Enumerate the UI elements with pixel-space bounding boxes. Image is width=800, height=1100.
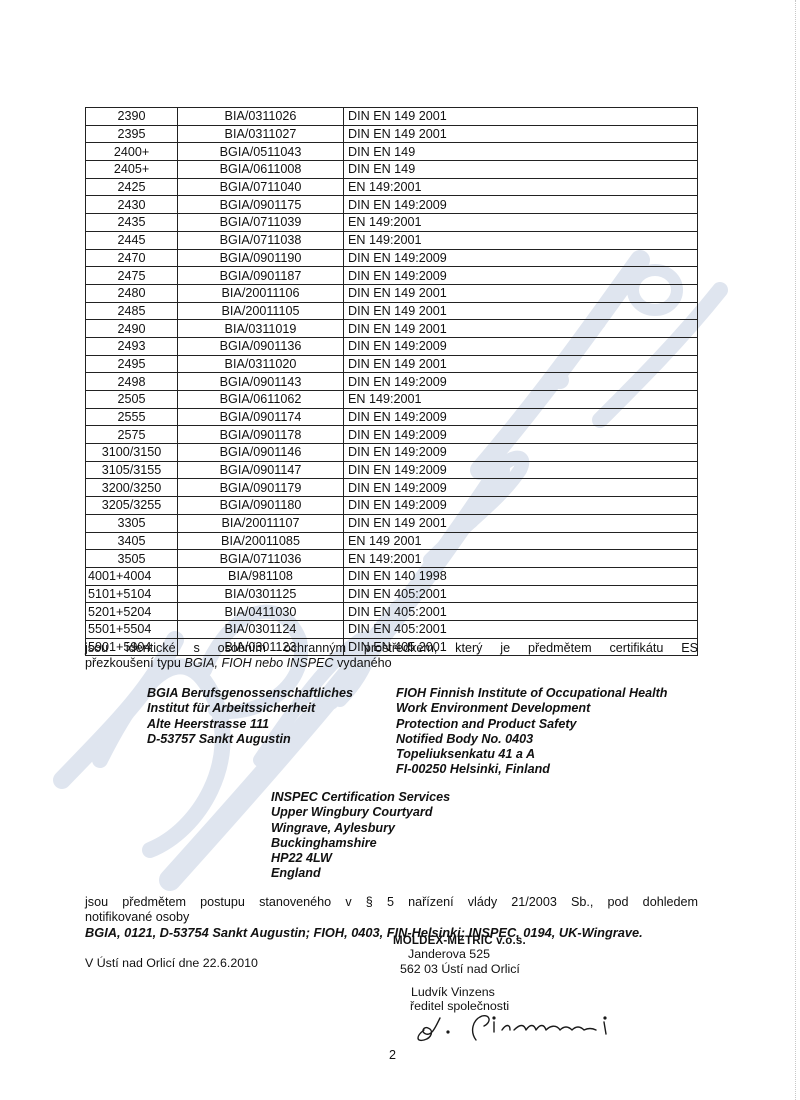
notified-bodies: BGIA, 0121, D-53754 Sankt Augustin; FIOH… <box>85 925 698 940</box>
table-row: 4001+4004BIA/981108DIN EN 140 1998 <box>86 567 698 585</box>
certificate-cell: BGIA/0901187 <box>178 267 344 285</box>
table-row: 2435BGIA/0711039EN 149:2001 <box>86 214 698 232</box>
address-bgia: BGIA Berufsgenossenschaftliches Institut… <box>147 686 353 747</box>
certificate-cell: BIA/0311020 <box>178 355 344 373</box>
model-cell: 2495 <box>86 355 178 373</box>
model-cell: 5501+5504 <box>86 620 178 638</box>
model-cell: 2575 <box>86 426 178 444</box>
standard-cell: EN 149:2001 <box>344 391 698 409</box>
model-cell: 5101+5104 <box>86 585 178 603</box>
standard-cell: EN 149:2001 <box>344 178 698 196</box>
model-cell: 2400+ <box>86 143 178 161</box>
table-row: 3100/3150BGIA/0901146DIN EN 149:2009 <box>86 444 698 462</box>
address-line: FIOH Finnish Institute of Occupational H… <box>396 686 667 701</box>
model-cell: 2485 <box>86 302 178 320</box>
table-row: 2445BGIA/0711038EN 149:2001 <box>86 231 698 249</box>
certificate-cell: BIA/0311026 <box>178 108 344 126</box>
intro-paragraph-line1: jsou identické s osobním ochranným prost… <box>85 641 698 656</box>
standard-cell: DIN EN 149:2009 <box>344 408 698 426</box>
table-row: 2425BGIA/0711040EN 149:2001 <box>86 178 698 196</box>
standard-cell: DIN EN 149:2009 <box>344 337 698 355</box>
standard-cell: DIN EN 149 2001 <box>344 108 698 126</box>
standard-cell: EN 149 2001 <box>344 532 698 550</box>
page-number: 2 <box>389 1048 396 1062</box>
signature-icon <box>410 1010 620 1044</box>
intro-suffix: vydaného <box>334 656 392 670</box>
standard-cell: DIN EN 149:2009 <box>344 479 698 497</box>
certificate-cell: BIA/0301124 <box>178 620 344 638</box>
address-line: FI-00250 Helsinki, Finland <box>396 762 667 777</box>
table-row: 5101+5104BIA/0301125DIN EN 405:2001 <box>86 585 698 603</box>
model-cell: 3505 <box>86 550 178 568</box>
standard-cell: DIN EN 149:2009 <box>344 373 698 391</box>
standard-cell: DIN EN 140 1998 <box>344 567 698 585</box>
model-cell: 2498 <box>86 373 178 391</box>
model-cell: 3200/3250 <box>86 479 178 497</box>
model-cell: 3205/3255 <box>86 497 178 515</box>
model-cell: 3305 <box>86 514 178 532</box>
certificate-cell: BIA/0301125 <box>178 585 344 603</box>
standard-cell: DIN EN 149 2001 <box>344 355 698 373</box>
standard-cell: DIN EN 149:2009 <box>344 267 698 285</box>
standard-cell: DIN EN 149 <box>344 143 698 161</box>
company-street: Janderova 525 <box>408 947 490 962</box>
standard-cell: DIN EN 149 2001 <box>344 320 698 338</box>
standard-cell: DIN EN 149:2009 <box>344 497 698 515</box>
table-row: 2485BIA/20011105DIN EN 149 2001 <box>86 302 698 320</box>
model-cell: 3405 <box>86 532 178 550</box>
table-row: 2430BGIA/0901175DIN EN 149:2009 <box>86 196 698 214</box>
table-row: 5501+5504BIA/0301124DIN EN 405:2001 <box>86 620 698 638</box>
address-line: Upper Wingbury Courtyard <box>271 805 450 820</box>
standard-cell: DIN EN 149:2009 <box>344 444 698 462</box>
certificate-cell: BGIA/0901178 <box>178 426 344 444</box>
model-cell: 2430 <box>86 196 178 214</box>
address-line: Topeliuksenkatu 41 a A <box>396 747 667 762</box>
table-row: 3405BIA/20011085EN 149 2001 <box>86 532 698 550</box>
model-cell: 3100/3150 <box>86 444 178 462</box>
procedure-paragraph-line1: jsou předmětem postupu stanoveného v § 5… <box>85 895 698 910</box>
certificate-cell: BGIA/0901147 <box>178 461 344 479</box>
model-cell: 2445 <box>86 231 178 249</box>
address-line: Alte Heerstrasse 111 <box>147 717 353 732</box>
model-cell: 3105/3155 <box>86 461 178 479</box>
table-row: 3205/3255BGIA/0901180DIN EN 149:2009 <box>86 497 698 515</box>
table-row: 2400+BGIA/0511043DIN EN 149 <box>86 143 698 161</box>
certificate-cell: BGIA/0901174 <box>178 408 344 426</box>
model-cell: 2390 <box>86 108 178 126</box>
certificate-cell: BIA/0411030 <box>178 603 344 621</box>
standard-cell: EN 149:2001 <box>344 231 698 249</box>
address-inspec: INSPEC Certification Services Upper Wing… <box>271 790 450 882</box>
standard-cell: DIN EN 149 2001 <box>344 302 698 320</box>
table-row: 3305BIA/20011107DIN EN 149 2001 <box>86 514 698 532</box>
model-cell: 2475 <box>86 267 178 285</box>
address-line: Protection and Product Safety <box>396 717 667 732</box>
certificate-cell: BGIA/0611062 <box>178 391 344 409</box>
intro-paragraph-line2: přezkoušení typu BGIA, FIOH nebo INSPEC … <box>85 656 698 671</box>
table-row: 2480BIA/20011106DIN EN 149 2001 <box>86 284 698 302</box>
model-cell: 5201+5204 <box>86 603 178 621</box>
certificate-cell: BIA/0311019 <box>178 320 344 338</box>
certificate-cell: BIA/20011107 <box>178 514 344 532</box>
address-line: INSPEC Certification Services <box>271 790 450 805</box>
certificate-cell: BIA/20011085 <box>178 532 344 550</box>
standard-cell: DIN EN 149:2009 <box>344 249 698 267</box>
standard-cell: DIN EN 149:2009 <box>344 426 698 444</box>
table-row: 2395BIA/0311027DIN EN 149 2001 <box>86 125 698 143</box>
certificate-cell: BGIA/0711036 <box>178 550 344 568</box>
certificate-cell: BIA/0311027 <box>178 125 344 143</box>
table-row: 5201+5204BIA/0411030DIN EN 405:2001 <box>86 603 698 621</box>
model-cell: 2555 <box>86 408 178 426</box>
address-fioh: FIOH Finnish Institute of Occupational H… <box>396 686 667 778</box>
certificate-cell: BGIA/0901180 <box>178 497 344 515</box>
standard-cell: DIN EN 149 2001 <box>344 125 698 143</box>
standard-cell: DIN EN 149:2009 <box>344 196 698 214</box>
certificate-cell: BGIA/0901136 <box>178 337 344 355</box>
model-cell: 2480 <box>86 284 178 302</box>
certificate-cell: BGIA/0711039 <box>178 214 344 232</box>
table-row: 3200/3250BGIA/0901179DIN EN 149:2009 <box>86 479 698 497</box>
certificate-cell: BGIA/0901175 <box>178 196 344 214</box>
table-row: 2493BGIA/0901136DIN EN 149:2009 <box>86 337 698 355</box>
certificate-cell: BGIA/0901190 <box>178 249 344 267</box>
model-cell: 2395 <box>86 125 178 143</box>
standard-cell: DIN EN 405:2001 <box>344 620 698 638</box>
table-row: 3505BGIA/0711036EN 149:2001 <box>86 550 698 568</box>
standard-cell: DIN EN 149 2001 <box>344 514 698 532</box>
standard-cell: DIN EN 149 2001 <box>344 284 698 302</box>
table-row: 2470BGIA/0901190DIN EN 149:2009 <box>86 249 698 267</box>
table-row: 2405+BGIA/0611008DIN EN 149 <box>86 161 698 179</box>
standard-cell: DIN EN 405:2001 <box>344 603 698 621</box>
address-line: Notified Body No. 0403 <box>396 732 667 747</box>
place-date: V Ústí nad Orlicí dne 22.6.2010 <box>85 956 258 971</box>
procedure-paragraph-line2: notifikované osoby <box>85 910 698 925</box>
table-row: 2390BIA/0311026DIN EN 149 2001 <box>86 108 698 126</box>
table-row: 2505BGIA/0611062EN 149:2001 <box>86 391 698 409</box>
table-row: 2575BGIA/0901178DIN EN 149:2009 <box>86 426 698 444</box>
address-line: HP22 4LW <box>271 851 450 866</box>
table-row: 2490BIA/0311019DIN EN 149 2001 <box>86 320 698 338</box>
intro-bodies: BGIA, FIOH nebo INSPEC <box>184 656 333 670</box>
standard-cell: DIN EN 405:2001 <box>344 585 698 603</box>
model-cell: 2490 <box>86 320 178 338</box>
address-line: BGIA Berufsgenossenschaftliches <box>147 686 353 701</box>
table-row: 2498BGIA/0901143DIN EN 149:2009 <box>86 373 698 391</box>
certificate-table: 2390BIA/0311026DIN EN 149 20012395BIA/03… <box>85 107 698 656</box>
certificate-cell: BGIA/0901179 <box>178 479 344 497</box>
certificate-cell: BGIA/0611008 <box>178 161 344 179</box>
table-row: 2495BIA/0311020DIN EN 149 2001 <box>86 355 698 373</box>
company-city: 562 03 Ústí nad Orlicí <box>400 962 520 977</box>
table-row: 3105/3155BGIA/0901147DIN EN 149:2009 <box>86 461 698 479</box>
model-cell: 2505 <box>86 391 178 409</box>
model-cell: 2435 <box>86 214 178 232</box>
model-cell: 2493 <box>86 337 178 355</box>
standard-cell: DIN EN 149:2009 <box>344 461 698 479</box>
address-line: Buckinghamshire <box>271 836 450 851</box>
model-cell: 4001+4004 <box>86 567 178 585</box>
certificate-cell: BIA/20011105 <box>178 302 344 320</box>
certificate-cell: BGIA/0901143 <box>178 373 344 391</box>
standard-cell: DIN EN 149 <box>344 161 698 179</box>
certificate-cell: BIA/20011106 <box>178 284 344 302</box>
address-line: Institut für Arbeitssicherheit <box>147 701 353 716</box>
address-line: England <box>271 866 450 881</box>
standard-cell: EN 149:2001 <box>344 214 698 232</box>
certificate-cell: BIA/981108 <box>178 567 344 585</box>
model-cell: 2425 <box>86 178 178 196</box>
model-cell: 2405+ <box>86 161 178 179</box>
standard-cell: EN 149:2001 <box>344 550 698 568</box>
table-row: 2475BGIA/0901187DIN EN 149:2009 <box>86 267 698 285</box>
certificate-cell: BGIA/0511043 <box>178 143 344 161</box>
model-cell: 2470 <box>86 249 178 267</box>
certificate-cell: BGIA/0901146 <box>178 444 344 462</box>
address-line: Wingrave, Aylesbury <box>271 821 450 836</box>
address-line: Work Environment Development <box>396 701 667 716</box>
address-line: D-53757 Sankt Augustin <box>147 732 353 747</box>
intro-prefix: přezkoušení typu <box>85 656 184 670</box>
certificate-cell: BGIA/0711038 <box>178 231 344 249</box>
signatory-name: Ludvík Vinzens <box>411 985 495 1000</box>
certificate-cell: BGIA/0711040 <box>178 178 344 196</box>
table-row: 2555BGIA/0901174DIN EN 149:2009 <box>86 408 698 426</box>
